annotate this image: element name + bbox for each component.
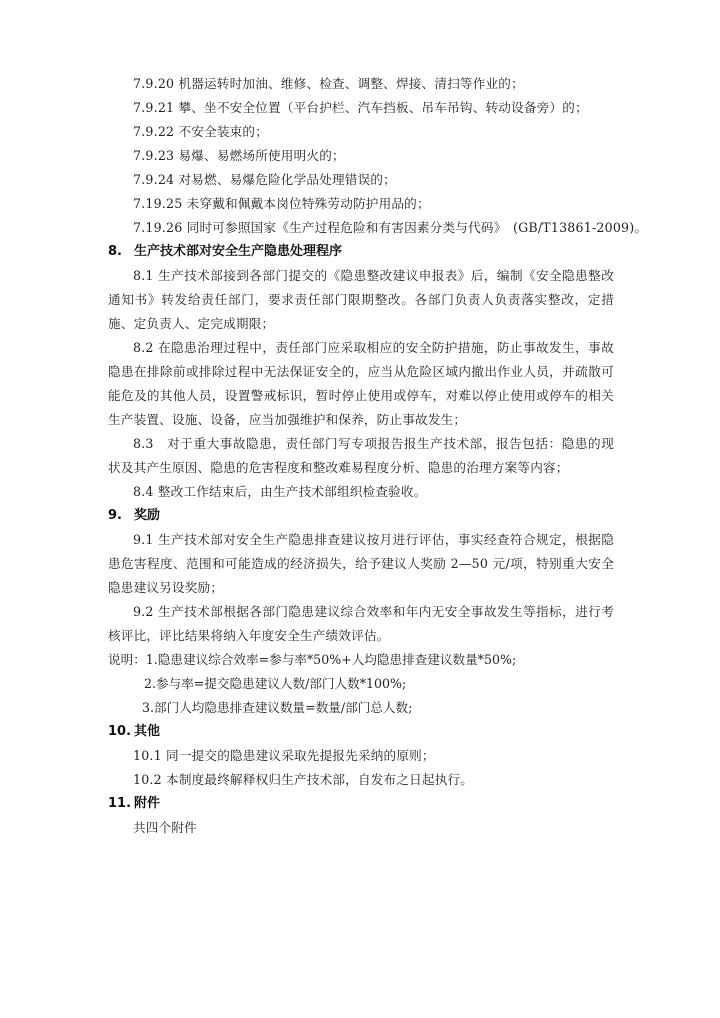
paragraph: 8.4 整改工作结束后，由生产技术部组织检查验收。 xyxy=(108,480,614,504)
note-text: 2.参与率=提交隐患建议人数/部门人数*100%; xyxy=(108,676,406,691)
paragraph: 8.1 生产技术部接到各部门提交的《隐患整改建议申报表》后，编制《安全隐患整改通… xyxy=(108,264,614,336)
paragraph: 9.1 生产技术部对安全生产隐患排查建议按月进行评估，事实经查符合规定，根据隐患… xyxy=(108,528,614,600)
list-item: 7.9.23 易爆、易燃场所使用明火的； xyxy=(108,144,614,168)
section-number: 10. xyxy=(108,720,134,744)
list-item: 10.2 本制度最终解释权归生产技术部，自发布之日起执行。 xyxy=(108,768,614,792)
section-title: 其他 xyxy=(134,724,160,739)
list-item: 7.9.22 不安全装束的； xyxy=(108,120,614,144)
list-item: 7.9.24 对易燃、易爆危险化学品处理错误的； xyxy=(108,168,614,192)
section-title: 生产技术部对安全生产隐患处理程序 xyxy=(134,244,342,259)
paragraph: 8.2 在隐患治理过程中，责任部门应采取相应的安全防护措施，防止事故发生，事故隐… xyxy=(108,336,614,432)
section-heading-9: 9.奖励 xyxy=(108,504,614,528)
list-item: 10.1 同一提交的隐患建议采取先提报先采纳的原则； xyxy=(108,744,614,768)
note-line: 3.部门人均隐患排查建议数量=数量/部门总人数; xyxy=(108,696,614,720)
list-item: 7.9.20 机器运转时加油、维修、检查、调整、焊接、清扫等作业的； xyxy=(108,72,614,96)
list-item: 7.19.25 未穿戴和佩戴本岗位特殊劳动防护用品的； xyxy=(108,192,614,216)
note-line: 说明：1.隐患建议综合效率=参与率*50%+人均隐患排查建议数量*50%; xyxy=(108,648,614,672)
section-heading-11: 11.附件 xyxy=(108,792,614,816)
section-heading-10: 10.其他 xyxy=(108,720,614,744)
document-page: 7.9.20 机器运转时加油、维修、检查、调整、焊接、清扫等作业的； 7.9.2… xyxy=(108,72,614,840)
list-item: 7.9.21 攀、坐不安全位置（平台护栏、汽车挡板、吊车吊钩、转动设备旁）的； xyxy=(108,96,614,120)
paragraph: 8.3 对于重大事故隐患，责任部门写专项报告报生产技术部，报告包括：隐患的现状及… xyxy=(108,432,614,480)
section-number: 9. xyxy=(108,504,134,528)
section-title: 附件 xyxy=(134,796,160,811)
note-text: 3.部门人均隐患排查建议数量=数量/部门总人数; xyxy=(108,700,412,715)
section-number: 8. xyxy=(108,240,134,264)
list-item: 7.19.26 同时可参照国家《生产过程危险和有害因素分类与代码》 (GB/T1… xyxy=(108,216,614,240)
list-item: 共四个附件 xyxy=(108,816,614,840)
note-line: 2.参与率=提交隐患建议人数/部门人数*100%; xyxy=(108,672,614,696)
paragraph: 9.2 生产技术部根据各部门隐患建议综合效率和年内无安全事故发生等指标，进行考核… xyxy=(108,600,614,648)
section-number: 11. xyxy=(108,792,134,816)
section-heading-8: 8.生产技术部对安全生产隐患处理程序 xyxy=(108,240,614,264)
section-title: 奖励 xyxy=(134,508,160,523)
